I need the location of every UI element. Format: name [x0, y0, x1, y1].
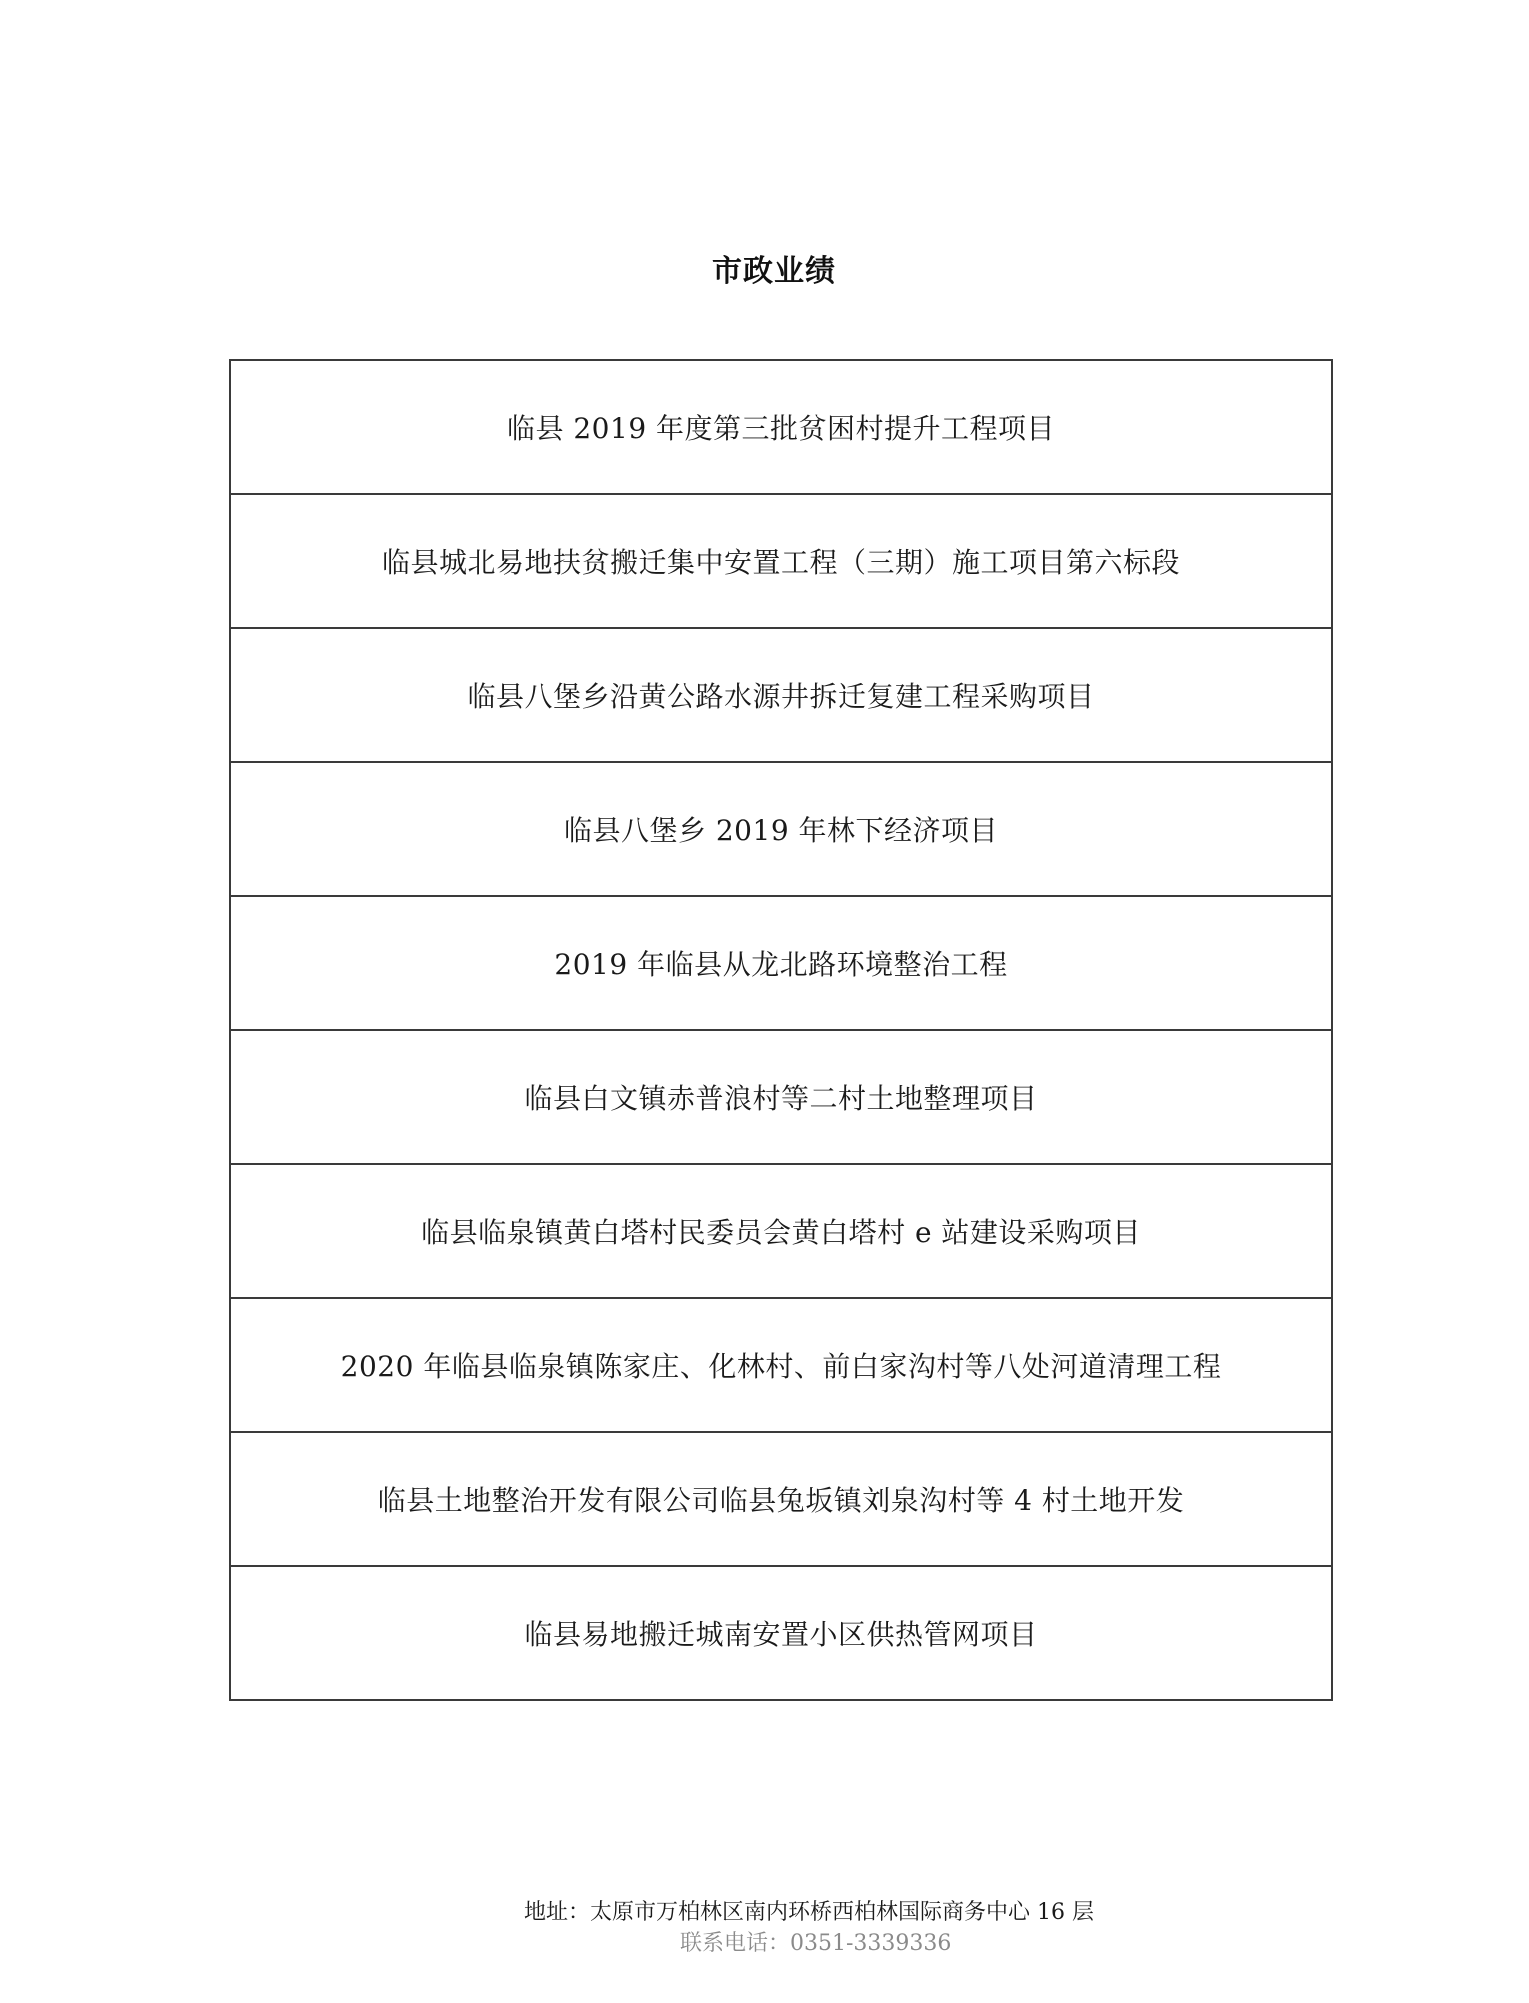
table-row: 2020 年临县临泉镇陈家庄、化林村、前白家沟村等八处河道清理工程 [230, 1298, 1332, 1432]
table-row: 临县白文镇赤普浪村等二村土地整理项目 [230, 1030, 1332, 1164]
table-row: 临县八堡乡沿黄公路水源井拆迁复建工程采购项目 [230, 628, 1332, 762]
table-row: 临县八堡乡 2019 年林下经济项目 [230, 762, 1332, 896]
table-row: 临县易地搬迁城南安置小区供热管网项目 [230, 1566, 1332, 1700]
project-cell: 临县八堡乡 2019 年林下经济项目 [230, 762, 1332, 896]
table-row: 临县临泉镇黄白塔村民委员会黄白塔村 e 站建设采购项目 [230, 1164, 1332, 1298]
project-cell: 临县 2019 年度第三批贫困村提升工程项目 [230, 360, 1332, 494]
project-cell: 临县白文镇赤普浪村等二村土地整理项目 [230, 1030, 1332, 1164]
projects-table: 临县 2019 年度第三批贫困村提升工程项目 临县城北易地扶贫搬迁集中安置工程（… [229, 359, 1333, 1701]
project-cell: 2020 年临县临泉镇陈家庄、化林村、前白家沟村等八处河道清理工程 [230, 1298, 1332, 1432]
table-row: 临县土地整治开发有限公司临县兔坂镇刘泉沟村等 4 村土地开发 [230, 1432, 1332, 1566]
table-row: 临县城北易地扶贫搬迁集中安置工程（三期）施工项目第六标段 [230, 494, 1332, 628]
project-cell: 临县土地整治开发有限公司临县兔坂镇刘泉沟村等 4 村土地开发 [230, 1432, 1332, 1566]
footer-address: 地址：太原市万柏林区南内环桥西柏林国际商务中心 16 层 [524, 1895, 1094, 1926]
page-title: 市政业绩 [0, 246, 1529, 290]
table-row: 2019 年临县从龙北路环境整治工程 [230, 896, 1332, 1030]
footer-phone: 联系电话：0351-3339336 [680, 1926, 951, 1957]
project-cell: 临县易地搬迁城南安置小区供热管网项目 [230, 1566, 1332, 1700]
table-row: 临县 2019 年度第三批贫困村提升工程项目 [230, 360, 1332, 494]
project-cell: 临县城北易地扶贫搬迁集中安置工程（三期）施工项目第六标段 [230, 494, 1332, 628]
project-cell: 临县八堡乡沿黄公路水源井拆迁复建工程采购项目 [230, 628, 1332, 762]
project-cell: 临县临泉镇黄白塔村民委员会黄白塔村 e 站建设采购项目 [230, 1164, 1332, 1298]
project-cell: 2019 年临县从龙北路环境整治工程 [230, 896, 1332, 1030]
